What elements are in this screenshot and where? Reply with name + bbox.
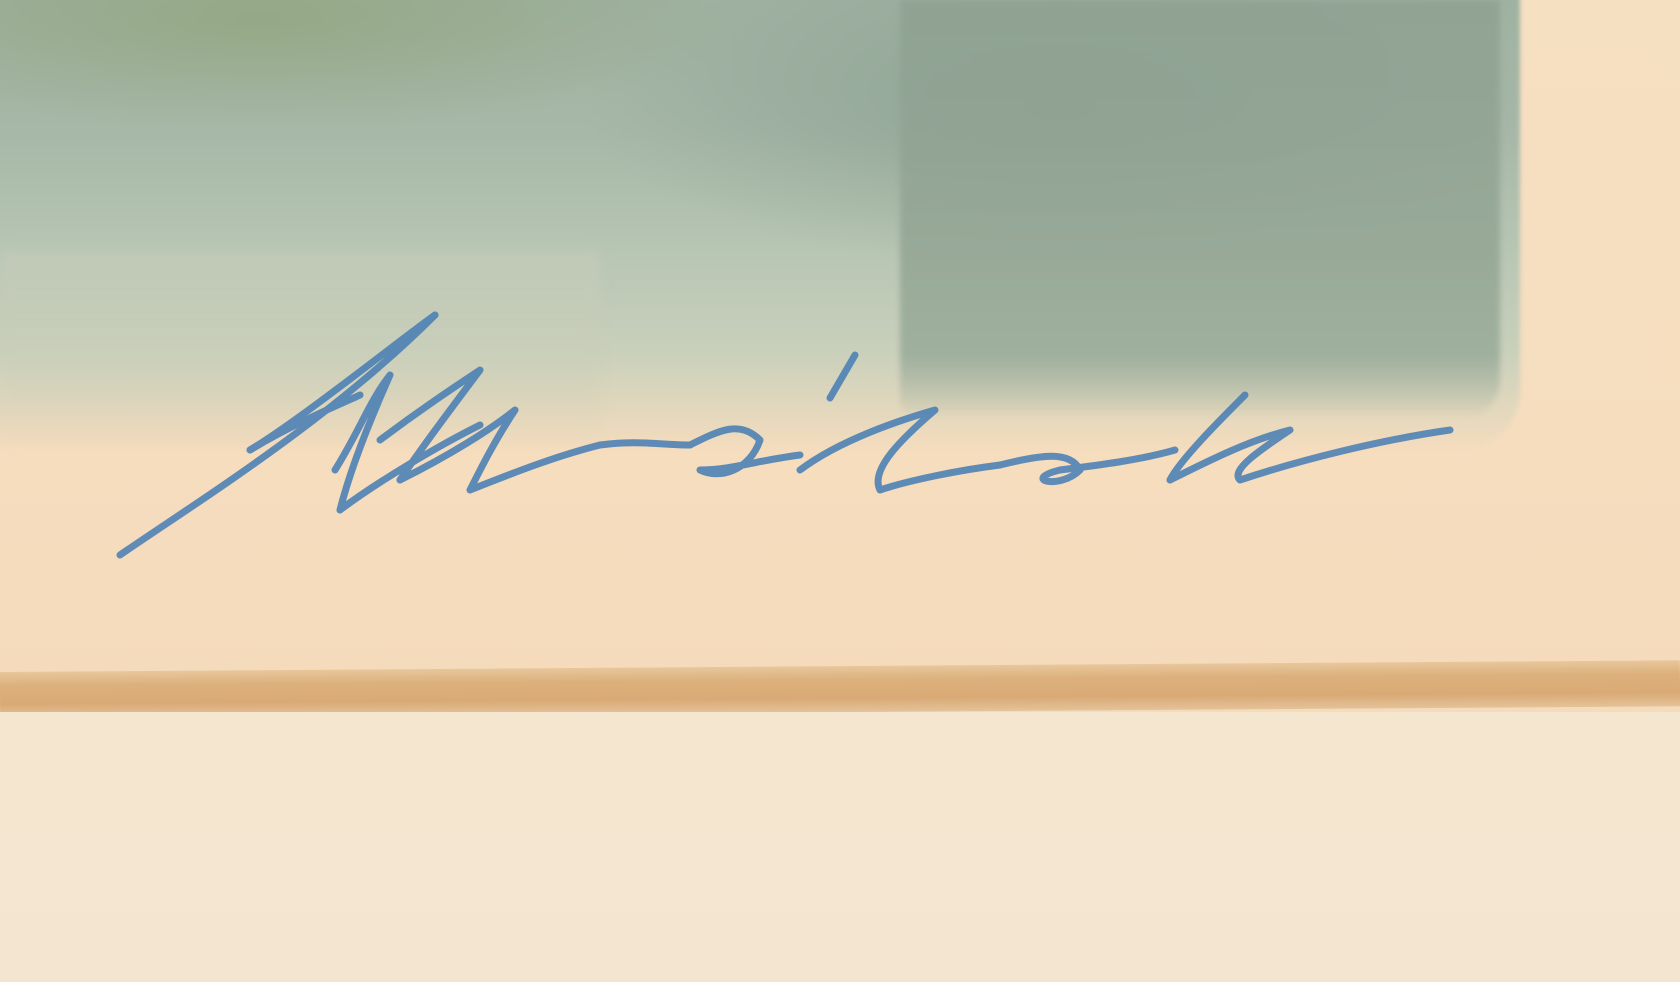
artist-signature [0, 0, 1680, 982]
